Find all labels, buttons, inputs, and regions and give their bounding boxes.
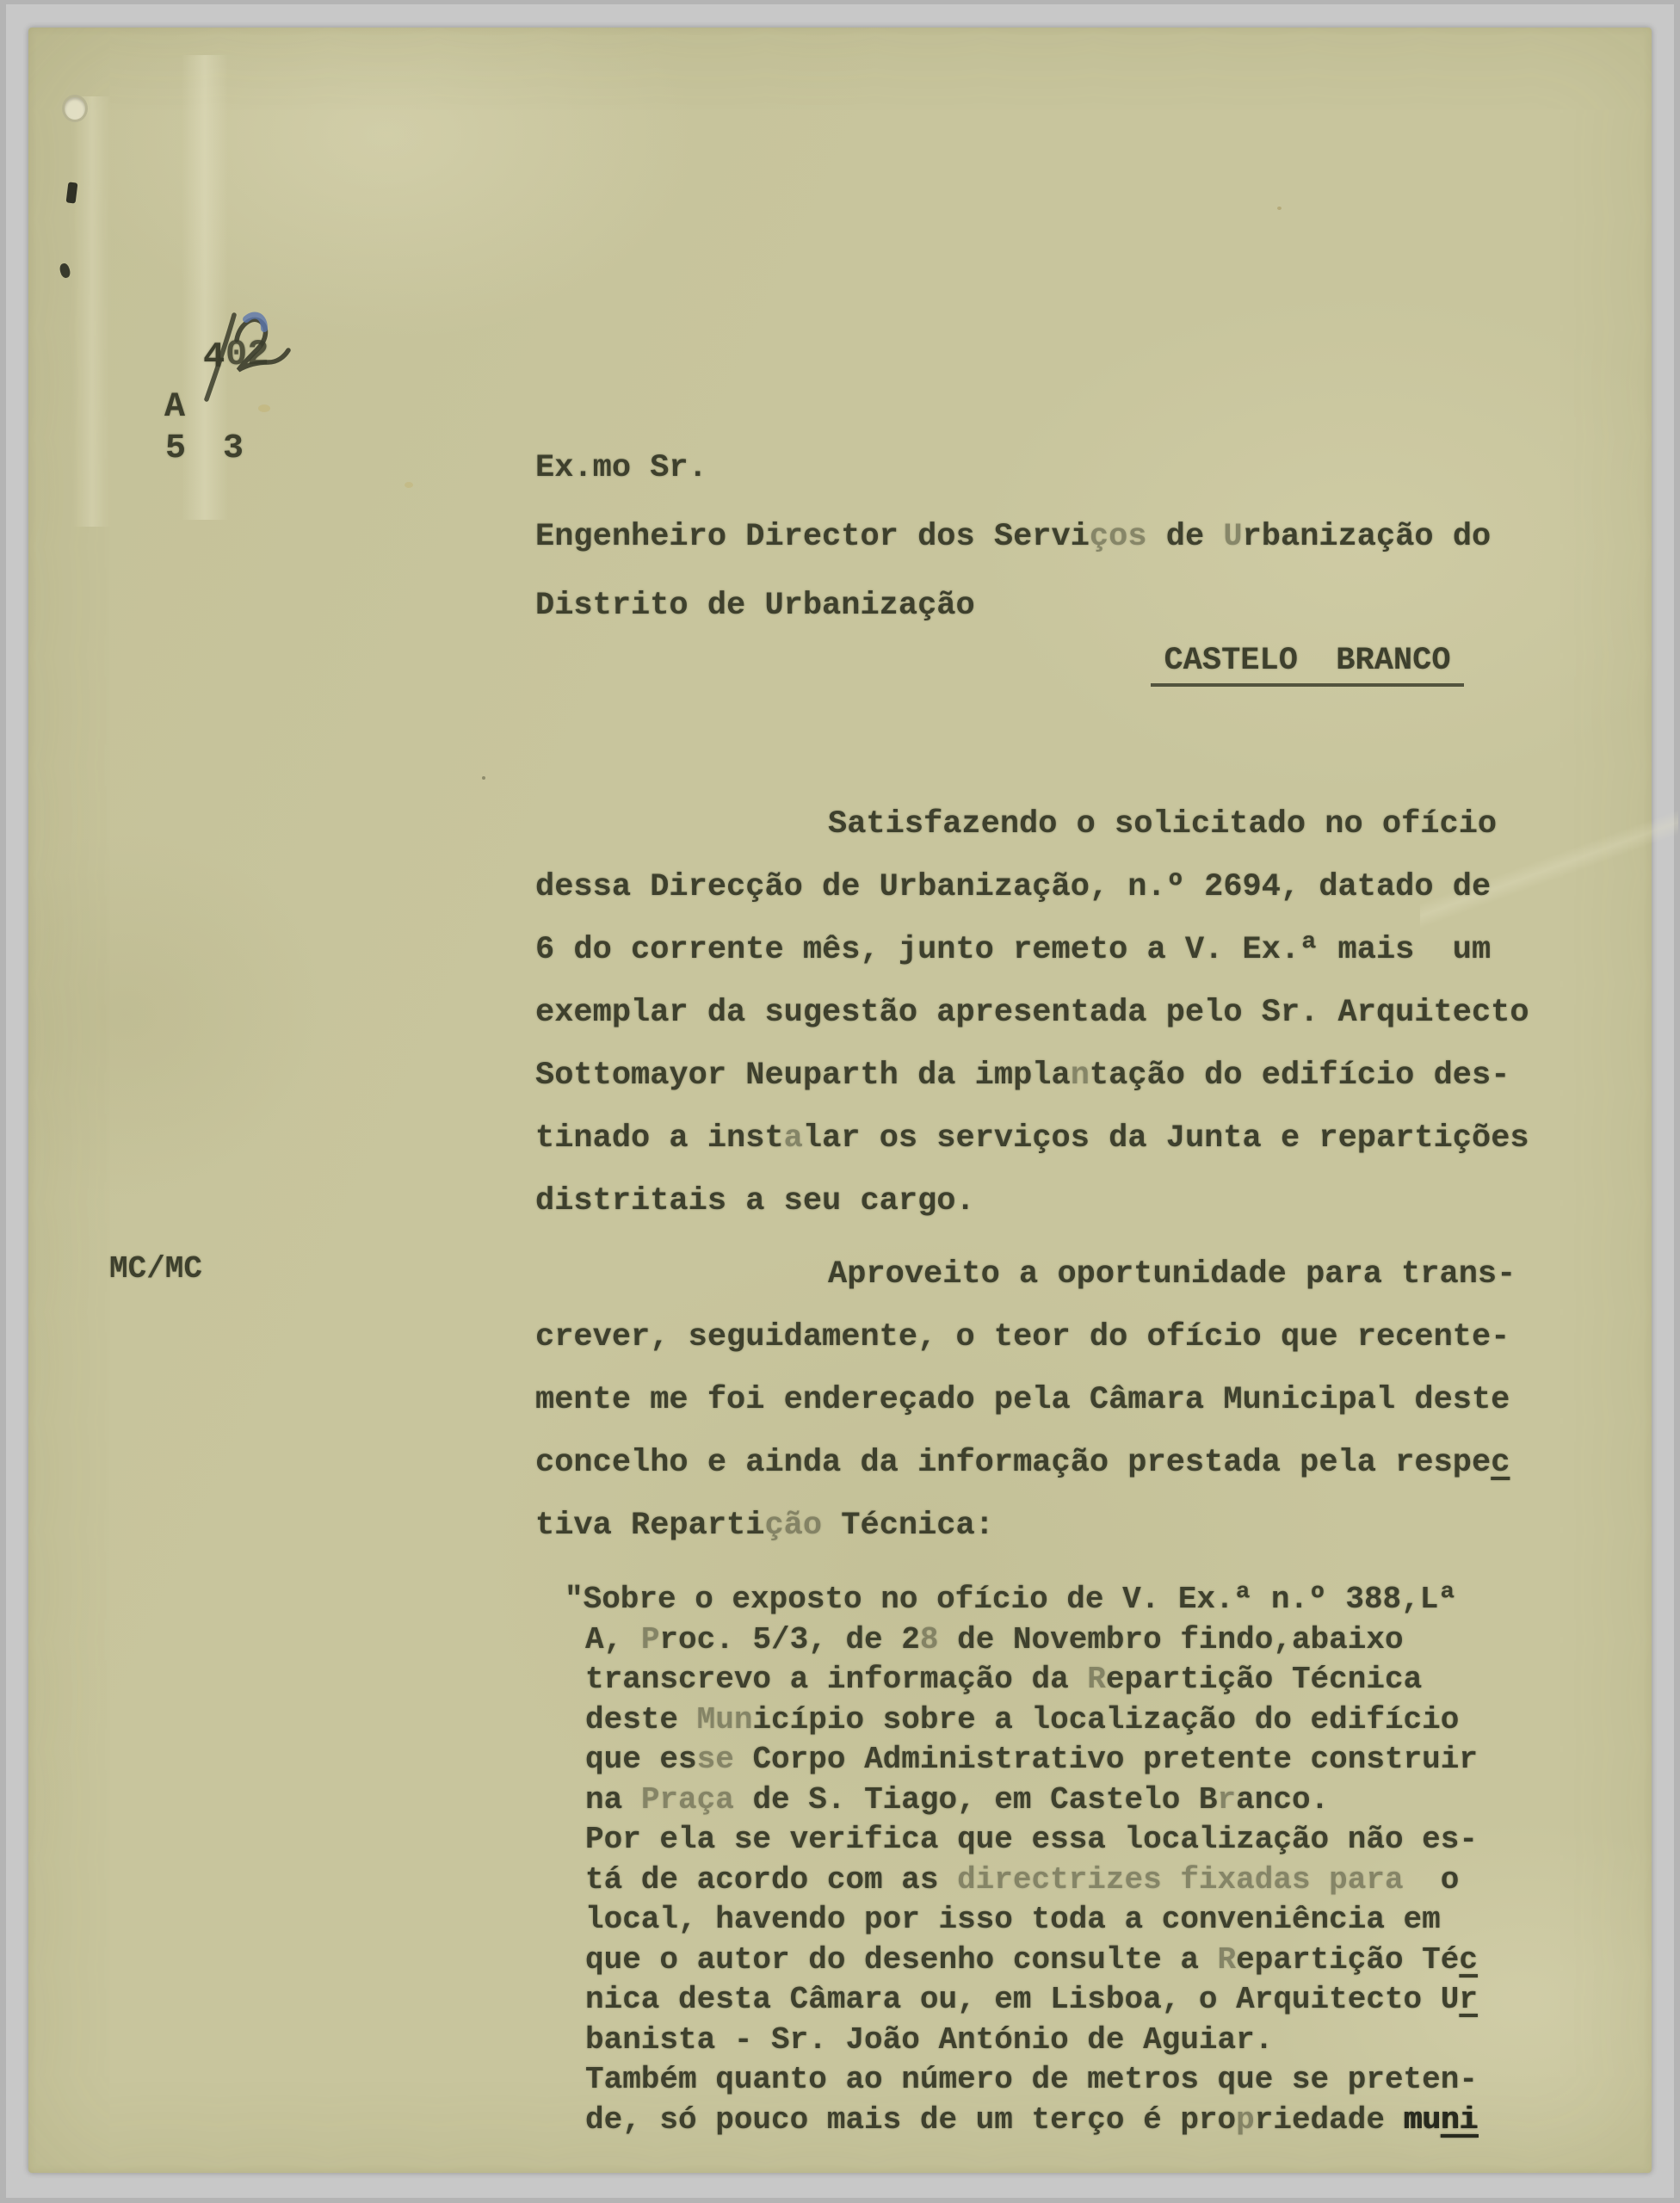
text-line: A, Proc. 5/3, de 28 de Novembro findo,ab… bbox=[585, 1620, 1478, 1661]
paper-speck bbox=[482, 776, 485, 780]
text-line: banista - Sr. João António de Aguiar. bbox=[585, 2021, 1478, 2061]
text-line: tiva Repartição Técnica: bbox=[535, 1495, 1529, 1558]
quoted-transcription: "Sobre o exposto no ofício de V. Ex.ª n.… bbox=[585, 1580, 1478, 2140]
text-line: Sottomayor Neuparth da implantação do ed… bbox=[535, 1045, 1529, 1108]
text-line: tinado a instalar os serviços da Junta e… bbox=[535, 1108, 1529, 1170]
text-line: distritais a seu cargo. bbox=[535, 1170, 1529, 1233]
foxing-spot bbox=[405, 482, 413, 488]
city-heading: CASTELO BRANCO bbox=[1151, 642, 1464, 687]
scanned-letter-document: 4 02 A 5 3 Ex.mo Sr.Engenheiro Director … bbox=[0, 0, 1680, 2203]
paper-crease bbox=[182, 55, 228, 520]
text-line: concelho e ainda da informação prestada … bbox=[535, 1432, 1529, 1495]
paper-speck bbox=[1277, 207, 1282, 210]
text-line: local, havendo por isso toda a conveniên… bbox=[585, 1900, 1478, 1941]
index-number: 5 bbox=[165, 430, 186, 468]
text-line: 6 do corrente mês, junto remeto a V. Ex.… bbox=[535, 919, 1529, 982]
text-line: de, só pouco mais de um terço é propried… bbox=[585, 2101, 1478, 2141]
paper-crease bbox=[73, 96, 111, 527]
text-line: "Sobre o exposto no ofício de V. Ex.ª n.… bbox=[565, 1580, 1478, 1620]
text-line: que o autor do desenho consulte a Repart… bbox=[585, 1941, 1478, 1981]
index-number: 3 bbox=[223, 430, 244, 468]
text-line: Engenheiro Director dos Serviços de Urba… bbox=[535, 503, 1491, 571]
punch-hole bbox=[62, 95, 88, 122]
text-line: crever, seguidamente, o teor do ofício q… bbox=[535, 1306, 1529, 1369]
handwritten-slash-and-digit-icon bbox=[196, 291, 308, 420]
text-line: Satisfazendo o solicitado no ofício bbox=[535, 793, 1529, 856]
text-line: que esse Corpo Administrativo pretente c… bbox=[585, 1740, 1478, 1780]
text-line: Distrito de Urbanização bbox=[535, 571, 1491, 640]
text-line: exemplar da sugestão apresentada pelo Sr… bbox=[535, 982, 1529, 1045]
typist-initials: MC/MC bbox=[109, 1252, 202, 1287]
text-line: transcrevo a informação da Repartição Té… bbox=[585, 1660, 1478, 1700]
text-line: tá de acordo com as directrizes fixadas … bbox=[585, 1861, 1478, 1901]
text-line: Aproveito a oportunidade para trans- bbox=[535, 1243, 1529, 1306]
text-line: na Praça de S. Tiago, em Castelo Branco. bbox=[585, 1780, 1478, 1821]
letter-body: Satisfazendo o solicitado no ofíciodessa… bbox=[535, 793, 1529, 1558]
text-line: Também quanto ao número de metros que se… bbox=[585, 2060, 1478, 2101]
text-line: Por ela se verifica que essa localização… bbox=[585, 1820, 1478, 1861]
text-line: nica desta Câmara ou, em Lisboa, o Arqui… bbox=[585, 1980, 1478, 2021]
text-line: Ex.mo Sr. bbox=[535, 434, 1491, 503]
index-letter: A bbox=[164, 389, 185, 427]
recipient-address: Ex.mo Sr.Engenheiro Director dos Serviço… bbox=[535, 434, 1491, 640]
text-line: mente me foi endereçado pela Câmara Muni… bbox=[535, 1369, 1529, 1432]
text-line: deste Município sobre a localização do e… bbox=[585, 1700, 1478, 1741]
text-line: dessa Direcção de Urbanização, n.º 2694,… bbox=[535, 856, 1529, 919]
